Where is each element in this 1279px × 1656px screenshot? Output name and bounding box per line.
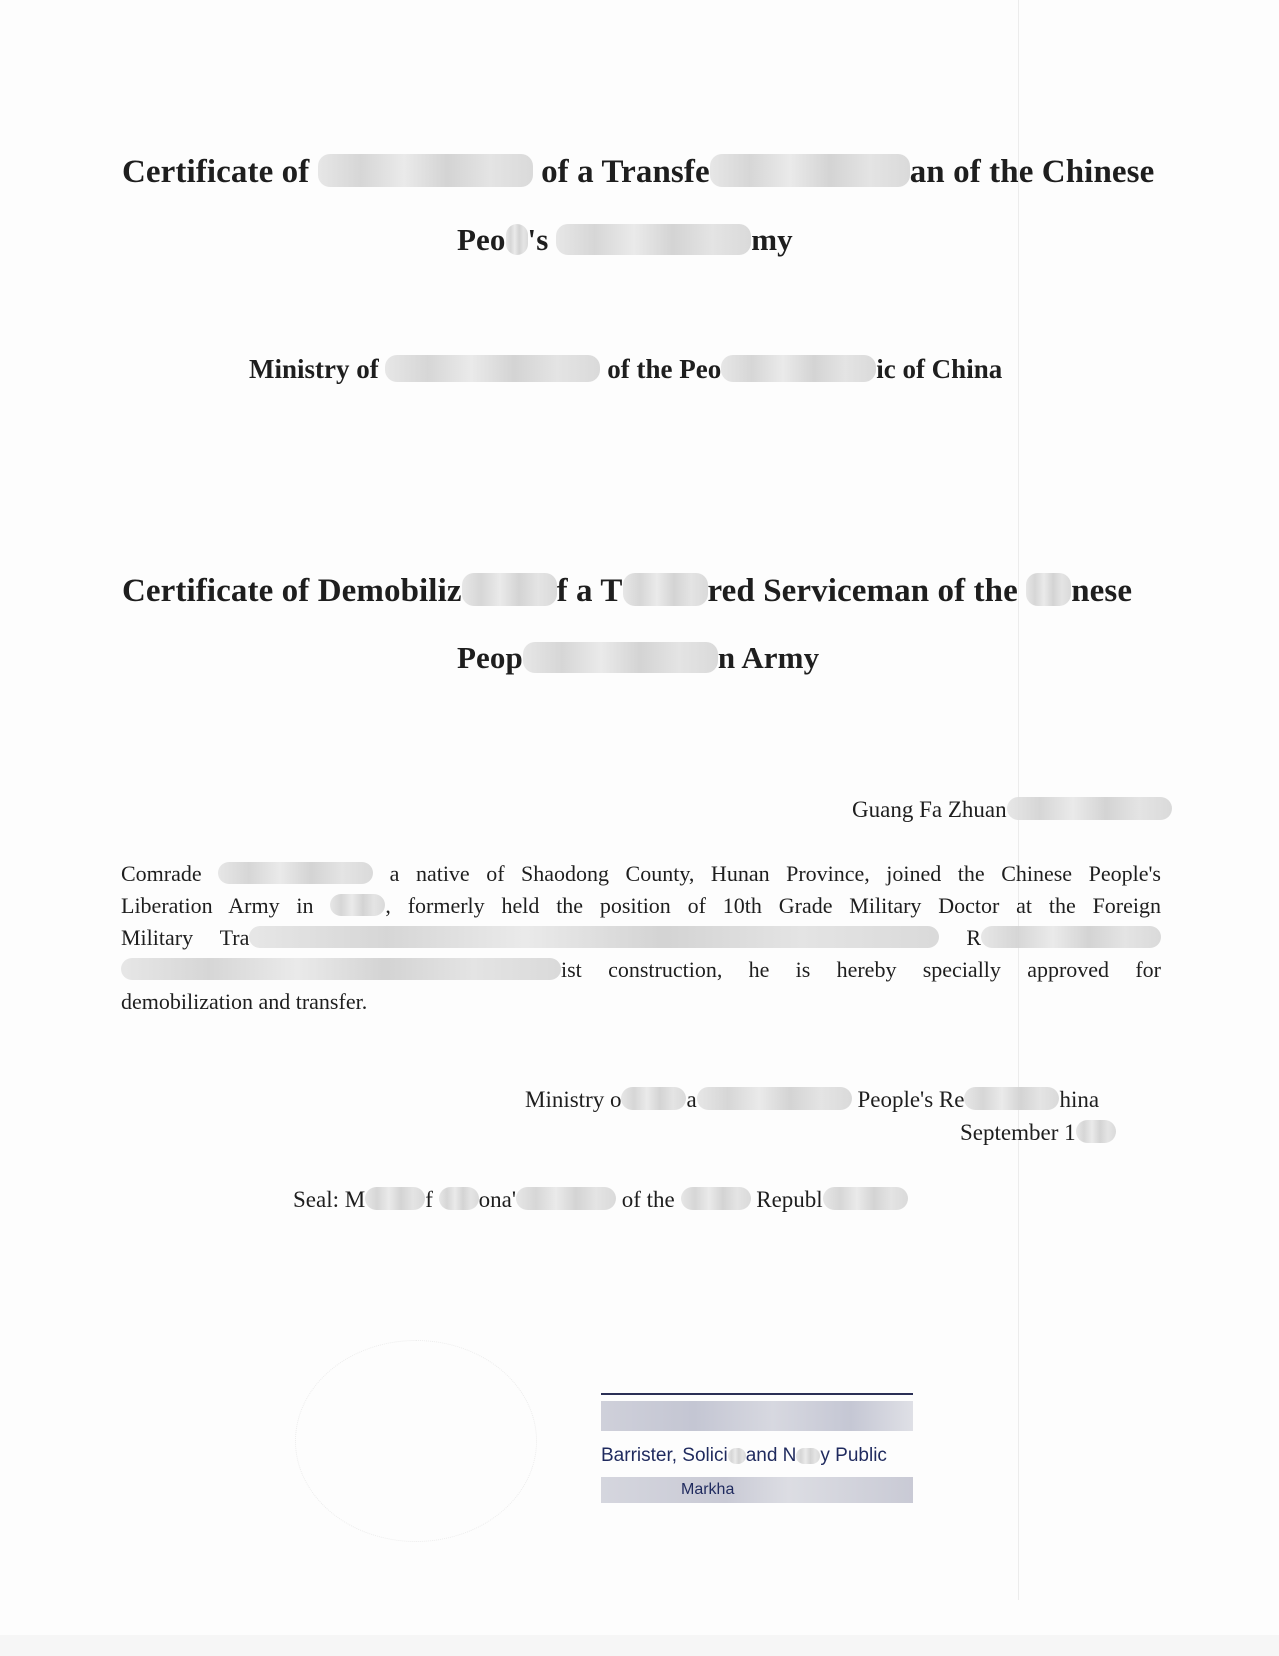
redaction <box>964 1087 1059 1110</box>
redaction <box>981 926 1161 948</box>
scan-bottom-edge <box>0 1635 1279 1656</box>
body-line-1: Comrade a native of Shaodong County, Hun… <box>121 858 1161 890</box>
notary-title: Barrister, Soliciand Ny Public <box>601 1445 913 1467</box>
redaction <box>523 642 718 673</box>
redaction <box>249 926 939 948</box>
signature-line <box>601 1393 913 1395</box>
redaction <box>318 154 533 187</box>
reference-number: Guang Fa Zhuan <box>852 797 1172 823</box>
notary-address: Markha <box>601 1477 913 1503</box>
body-line-2: Liberation Army in , formerly held the p… <box>121 890 1161 922</box>
faint-seal-impression <box>295 1340 537 1542</box>
redaction <box>1026 573 1071 606</box>
redaction <box>385 355 600 382</box>
redaction <box>823 1187 908 1210</box>
issuer-line: Ministry of of the Peoic of China <box>249 354 1002 385</box>
redaction <box>728 1448 746 1464</box>
redaction <box>1007 797 1172 820</box>
redaction <box>710 154 910 187</box>
redaction <box>681 1187 751 1210</box>
body-paragraph: Comrade a native of Shaodong County, Hun… <box>121 858 1161 1018</box>
body-line-3: Military Tra R <box>121 922 1161 954</box>
seal-line: Seal: Mf ona' of the Republ <box>293 1187 908 1213</box>
redaction <box>506 224 528 255</box>
redaction <box>621 1087 686 1110</box>
redaction <box>721 355 876 382</box>
redaction <box>218 862 373 884</box>
body-line-4: ist construction, he is hereby specially… <box>121 954 1161 986</box>
redaction <box>365 1187 425 1210</box>
redaction <box>623 573 708 606</box>
redaction <box>516 1187 616 1210</box>
notary-stamp: Barrister, Soliciand Ny Public Markha <box>601 1393 913 1503</box>
heading-2-line-1: Certificate of Demobilizf a Tred Service… <box>122 573 1132 610</box>
redaction <box>796 1448 820 1464</box>
heading-1-line-1: Certificate of of a Transfean of the Chi… <box>122 154 1154 191</box>
redaction <box>556 224 751 255</box>
signing-authority: Ministry oa People's Rehina <box>525 1087 1099 1113</box>
heading-1-line-2: Peo's my <box>457 222 793 258</box>
body-line-5: demobilization and transfer. <box>121 986 1161 1018</box>
redaction <box>121 958 561 980</box>
issue-date: September 1 <box>960 1120 1116 1146</box>
redaction <box>462 573 557 606</box>
notary-name-redacted <box>601 1401 913 1431</box>
heading-2-line-2: Peopn Army <box>457 640 819 676</box>
redaction <box>1076 1120 1116 1143</box>
redaction <box>697 1087 852 1110</box>
redaction <box>439 1187 479 1210</box>
redaction <box>330 894 385 916</box>
